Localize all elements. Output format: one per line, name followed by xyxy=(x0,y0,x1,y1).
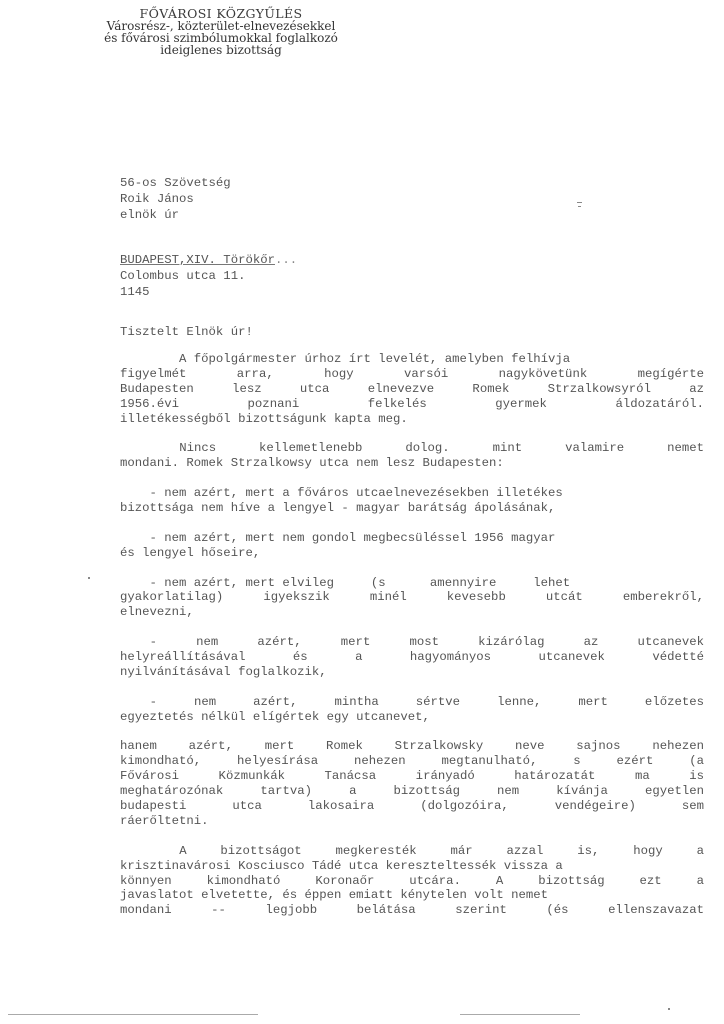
body-line: nyilvánításával foglalkozik, xyxy=(120,665,704,680)
address-street: Colombus utca 11. xyxy=(120,268,297,284)
body-line: könnyen kimondható Koronaőr utcára. A bi… xyxy=(120,874,704,889)
body-line: krisztinavárosi Kosciusco Tádé utca kere… xyxy=(120,859,704,874)
scan-edge-line xyxy=(460,1014,580,1015)
address-city: BUDAPEST,XIV. Törökőr xyxy=(120,253,275,267)
recipient-title: elnök úr xyxy=(120,207,231,223)
body-line: figyelmét arra, hogy varsói nagykövetünk… xyxy=(120,367,704,382)
scan-mark xyxy=(88,577,90,579)
letterhead: FŐVÁROSI KÖZGYŰLÉS Városrész-, közterüle… xyxy=(76,8,366,56)
body-line: budapesti utca lakosaira (dolgozóira, ve… xyxy=(120,799,704,814)
body-line: hanem azért, mert Romek Strzalkowsky nev… xyxy=(120,739,704,754)
body-line: - nem azért, mert nem gondol megbecsülés… xyxy=(120,531,704,546)
body-line: 1956.évi poznani felkelés gyermek áldoza… xyxy=(120,397,704,412)
body-line: helyreállításával és a hagyományos utcan… xyxy=(120,650,704,665)
scan-mark xyxy=(577,202,582,203)
body-line: elnevezni, xyxy=(120,605,704,620)
address-postal-code: 1145 xyxy=(120,284,297,300)
body-line: A főpolgármester úrhoz írt levelét, amel… xyxy=(120,352,704,367)
letterhead-line: ideiglenes bizottság xyxy=(76,44,366,56)
body-line: - nem azért, mert a főváros utcaelnevezé… xyxy=(120,486,704,501)
address-city-line: BUDAPEST,XIV. Törökőr... xyxy=(120,252,297,268)
body-line: Nincs kellemetlenebb dolog. mint valamir… xyxy=(120,441,704,456)
salutation: Tisztelt Elnök úr! xyxy=(120,325,704,340)
body-line: kimondható, helyesírása nehezen megtanul… xyxy=(120,754,704,769)
body-line: mondani. Romek Strzalkowsy utca nem lesz… xyxy=(120,456,704,471)
body-line: - nem azért, mert elvileg (s amennyire l… xyxy=(120,576,704,591)
address-dots: ... xyxy=(275,253,297,267)
address-block: BUDAPEST,XIV. Törökőr... Colombus utca 1… xyxy=(120,252,297,300)
body-line: bizottsága nem híve a lengyel - magyar b… xyxy=(120,501,704,516)
body-line: - nem azért, mert most kizárólag az utca… xyxy=(120,635,704,650)
body-line: - nem azért, mintha sértve lenne, mert e… xyxy=(120,695,704,710)
recipient-organization: 56-os Szövetség xyxy=(120,175,231,191)
body-line: A bizottságot megkeresték már azzal is, … xyxy=(120,844,704,859)
body-line: illetékességből bizottságunk kapta meg. xyxy=(120,412,704,427)
body-line: Budapesten lesz utca elnevezve Romek Str… xyxy=(120,382,704,397)
recipient-name: Roik János xyxy=(120,191,231,207)
body-line: javaslatot elvetette, és éppen emiatt ké… xyxy=(120,888,704,903)
scan-mark xyxy=(668,1008,670,1010)
body-line: egyeztetés nélkül elígértek egy utcaneve… xyxy=(120,710,704,725)
scan-edge-line xyxy=(8,1014,258,1015)
recipient-block: 56-os Szövetség Roik János elnök úr xyxy=(120,175,231,223)
body-line: meghatározónak tartva) a bizottság nem k… xyxy=(120,784,704,799)
scan-mark xyxy=(578,206,581,207)
body-line: és lengyel hőseire, xyxy=(120,546,704,561)
body-line: mondani -- legjobb belátása szerint (és … xyxy=(120,903,704,918)
body-line: Fővárosi Közmunkák Tanácsa irányadó hatá… xyxy=(120,769,704,784)
body-line: ráerőltetni. xyxy=(120,814,704,829)
body-line: gyakorlatilag) igyekszik minél kevesebb … xyxy=(120,590,704,605)
